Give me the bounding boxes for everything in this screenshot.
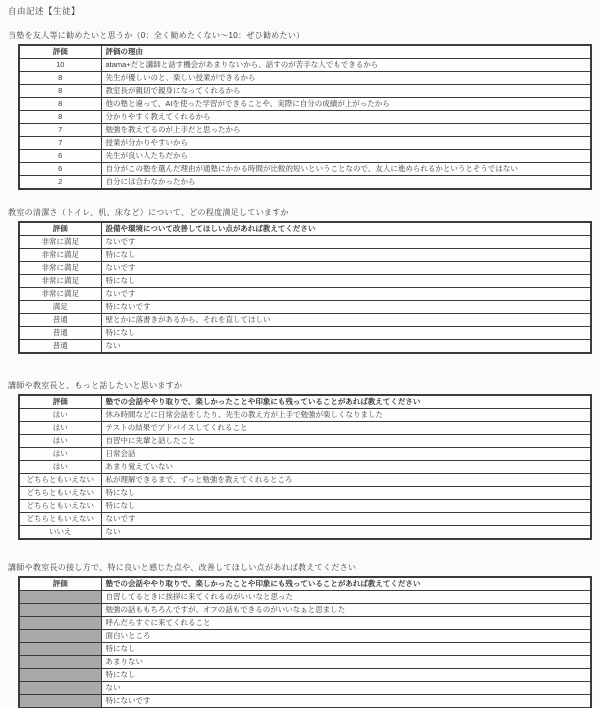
rating-cell: 8 <box>19 72 101 85</box>
comment-cell: 特になし <box>101 487 591 500</box>
table-row: 6自分がこの塾を選んだ理由が通塾にかかる時間が比較的短いということなので、友人に… <box>19 163 591 176</box>
section-caption: 講師や教室長と、もっと話したいと思いますか <box>8 380 592 391</box>
table-row: どちらともいえない特になし <box>19 487 591 500</box>
table-row: 非常に満足ないです <box>19 288 591 301</box>
comment-cell: 特にないです <box>101 301 591 314</box>
rating-cell <box>19 669 101 682</box>
comment-cell: 特になし <box>101 500 591 513</box>
comment-cell: 特になし <box>101 327 591 340</box>
rating-cell <box>19 591 101 604</box>
rating-cell <box>19 695 101 708</box>
comment-cell: ないです <box>101 288 591 301</box>
comment-cell: 勉強を教えてるのが上手だと思ったから <box>101 124 591 137</box>
document-page: 自由記述【生徒】 当塾を友人等に勧めたいと思うか（0：全く勧めたくない～10：ぜ… <box>0 0 600 708</box>
table-row: 特になし <box>19 669 591 682</box>
table-row: 8教室長が親切で親身になってくれるから <box>19 85 591 98</box>
rating-column-header: 評価 <box>19 45 101 59</box>
table-row: 6先生が良い人たちだから <box>19 150 591 163</box>
rating-cell: 非常に満足 <box>19 275 101 288</box>
comment-cell: 日常会話 <box>101 448 591 461</box>
comment-cell: ないです <box>101 236 591 249</box>
table-row: 8分かりやすく教えてくれるから <box>19 111 591 124</box>
table-row: 非常に満足ないです <box>19 236 591 249</box>
rating-cell: 7 <box>19 137 101 150</box>
rating-cell: 普通 <box>19 340 101 354</box>
comment-cell: あまり覚えていない <box>101 461 591 474</box>
comment-cell: 教室長が親切で親身になってくれるから <box>101 85 591 98</box>
table-row: 10atama+だと講師と話す機会があまりないから、話すのが苦手な人でもできるか… <box>19 59 591 72</box>
rating-cell: はい <box>19 461 101 474</box>
table-row: 呼んだらすぐに来てくれること <box>19 617 591 630</box>
table-row: 普通特になし <box>19 327 591 340</box>
comment-column-header: 塾での会話ややり取りで、楽しかったことや印象にも残っていることがあれば教えてくだ… <box>101 395 591 409</box>
table-header-row: 評価塾での会話ややり取りで、楽しかったことや印象にも残っていることがあれば教えて… <box>19 395 591 409</box>
comment-cell: 他の塾と違って、AIを使った学習ができることや、実際に自分の成績が上がったから <box>101 98 591 111</box>
table-row: 自習してるときに挨拶に来てくれるのがいいなと思った <box>19 591 591 604</box>
comment-cell: 特になし <box>101 275 591 288</box>
table-header-row: 評価設備や環境について改善してほしい点があれば教えてください <box>19 222 591 236</box>
table-row: どちらともいえない私が理解できるまで、ずっと勉強を教えてくれるところ <box>19 474 591 487</box>
table-row: 特にないです <box>19 695 591 708</box>
rating-column-header: 評価 <box>19 577 101 591</box>
table-row: はい日常会話 <box>19 448 591 461</box>
page-title: 自由記述【生徒】 <box>8 6 592 17</box>
table-row: いいえない <box>19 526 591 540</box>
comment-column-header: 設備や環境について改善してほしい点があれば教えてください <box>101 222 591 236</box>
comment-cell: 自習してるときに挨拶に来てくれるのがいいなと思った <box>101 591 591 604</box>
survey-section: 講師や教室長と、もっと話したいと思いますか評価塾での会話ややり取りで、楽しかった… <box>8 380 592 540</box>
rating-cell <box>19 617 101 630</box>
comment-cell: ない <box>101 340 591 354</box>
survey-section: 教室の清潔さ（トイレ、机、床など）について、どの程度満足していますか評価設備や環… <box>8 207 592 354</box>
rating-cell: はい <box>19 422 101 435</box>
rating-column-header: 評価 <box>19 395 101 409</box>
table-row: あまりない <box>19 656 591 669</box>
comment-cell: 特になし <box>101 643 591 656</box>
rating-cell: 10 <box>19 59 101 72</box>
rating-cell: 6 <box>19 163 101 176</box>
rating-cell <box>19 656 101 669</box>
comment-cell: 特になし <box>101 249 591 262</box>
rating-cell <box>19 604 101 617</box>
comment-cell: 私が理解できるまで、ずっと勉強を教えてくれるところ <box>101 474 591 487</box>
comment-cell: ないです <box>101 513 591 526</box>
section-caption: 当塾を友人等に勧めたいと思うか（0：全く勧めたくない～10：ぜひ勧めたい） <box>8 30 592 41</box>
table-row: はいあまり覚えていない <box>19 461 591 474</box>
comment-cell: ない <box>101 682 591 695</box>
rating-cell: 6 <box>19 150 101 163</box>
table-row: 普通壁とかに落書きがあるから、それを直してほしい <box>19 314 591 327</box>
table-row: 7授業が分かりやすいから <box>19 137 591 150</box>
comment-cell: 特にないです <box>101 695 591 708</box>
comment-column-header: 評価の理由 <box>101 45 591 59</box>
comment-cell: ない <box>101 526 591 540</box>
table-header-row: 評価塾での会話ややり取りで、楽しかったことや印象にも残っていることがあれば教えて… <box>19 577 591 591</box>
survey-section: 当塾を友人等に勧めたいと思うか（0：全く勧めたくない～10：ぜひ勧めたい）評価評… <box>8 30 592 190</box>
rating-cell: 普通 <box>19 327 101 340</box>
table-row: 勉強の話ももちろんですが、オフの話もできるのがいいなぁと思ました <box>19 604 591 617</box>
rating-cell <box>19 682 101 695</box>
table-row: はいテストの結果でアドバイスしてくれること <box>19 422 591 435</box>
comment-cell: atama+だと講師と話す機会があまりないから、話すのが苦手な人でもできるから <box>101 59 591 72</box>
table-row: 特になし <box>19 643 591 656</box>
comment-cell: 特になし <box>101 669 591 682</box>
rating-cell: どちらともいえない <box>19 513 101 526</box>
section-caption: 教室の清潔さ（トイレ、机、床など）について、どの程度満足していますか <box>8 207 592 218</box>
comment-cell: 勉強の話ももちろんですが、オフの話もできるのがいいなぁと思ました <box>101 604 591 617</box>
table-row: 非常に満足ないです <box>19 262 591 275</box>
rating-cell: 満足 <box>19 301 101 314</box>
rating-cell: はい <box>19 448 101 461</box>
survey-table: 評価設備や環境について改善してほしい点があれば教えてください非常に満足ないです非… <box>18 221 592 354</box>
table-row: 非常に満足特になし <box>19 275 591 288</box>
table-row: はい休み時間などに日常会話をしたり、先生の教え方が上手で勉強が楽しくなりました <box>19 409 591 422</box>
rating-cell: どちらともいえない <box>19 500 101 513</box>
rating-cell: 8 <box>19 85 101 98</box>
comment-cell: 休み時間などに日常会話をしたり、先生の教え方が上手で勉強が楽しくなりました <box>101 409 591 422</box>
rating-cell: 非常に満足 <box>19 249 101 262</box>
comment-cell: ないです <box>101 262 591 275</box>
rating-cell: 7 <box>19 124 101 137</box>
rating-cell: 非常に満足 <box>19 288 101 301</box>
comment-cell: 先生が良い人たちだから <box>101 150 591 163</box>
comment-cell: 自習中に先輩と話したこと <box>101 435 591 448</box>
rating-cell: はい <box>19 435 101 448</box>
comment-cell: テストの結果でアドバイスしてくれること <box>101 422 591 435</box>
table-row: どちらともいえない特になし <box>19 500 591 513</box>
rating-cell: 8 <box>19 98 101 111</box>
comment-cell: 自分には合わなかったから <box>101 176 591 190</box>
table-row: 8他の塾と違って、AIを使った学習ができることや、実際に自分の成績が上がったから <box>19 98 591 111</box>
rating-cell: 非常に満足 <box>19 262 101 275</box>
table-row: 普通ない <box>19 340 591 354</box>
survey-section: 講師や教室長の接し方で、特に良いと感じた点や、改善してほしい点があれば教えてくだ… <box>8 562 592 708</box>
table-row: 8先生が優しいのと、楽しい授業ができるから <box>19 72 591 85</box>
rating-cell <box>19 630 101 643</box>
rating-column-header: 評価 <box>19 222 101 236</box>
comment-column-header: 塾での会話ややり取りで、楽しかったことや印象にも残っていることがあれば教えてくだ… <box>101 577 591 591</box>
comment-cell: 壁とかに落書きがあるから、それを直してほしい <box>101 314 591 327</box>
rating-cell <box>19 643 101 656</box>
section-caption: 講師や教室長の接し方で、特に良いと感じた点や、改善してほしい点があれば教えてくだ… <box>8 562 592 573</box>
rating-cell: はい <box>19 409 101 422</box>
comment-cell: 呼んだらすぐに来てくれること <box>101 617 591 630</box>
comment-cell: 授業が分かりやすいから <box>101 137 591 150</box>
table-row: はい自習中に先輩と話したこと <box>19 435 591 448</box>
table-row: 7勉強を教えてるのが上手だと思ったから <box>19 124 591 137</box>
comment-cell: あまりない <box>101 656 591 669</box>
survey-table: 評価塾での会話ややり取りで、楽しかったことや印象にも残っていることがあれば教えて… <box>18 394 592 540</box>
rating-cell: 8 <box>19 111 101 124</box>
rating-cell: 普通 <box>19 314 101 327</box>
rating-cell: 非常に満足 <box>19 236 101 249</box>
rating-cell: いいえ <box>19 526 101 540</box>
rating-cell: どちらともいえない <box>19 487 101 500</box>
survey-table: 評価評価の理由10atama+だと講師と話す機会があまりないから、話すのが苦手な… <box>18 44 592 190</box>
table-row: どちらともいえないないです <box>19 513 591 526</box>
comment-cell: 自分がこの塾を選んだ理由が通塾にかかる時間が比較的短いということなので、友人に進… <box>101 163 591 176</box>
table-row: 面白いところ <box>19 630 591 643</box>
table-row: 非常に満足特になし <box>19 249 591 262</box>
comment-cell: 面白いところ <box>101 630 591 643</box>
table-row: 2自分には合わなかったから <box>19 176 591 190</box>
rating-cell: 2 <box>19 176 101 190</box>
table-row: 満足特にないです <box>19 301 591 314</box>
table-header-row: 評価評価の理由 <box>19 45 591 59</box>
rating-cell: どちらともいえない <box>19 474 101 487</box>
comment-cell: 分かりやすく教えてくれるから <box>101 111 591 124</box>
comment-cell: 先生が優しいのと、楽しい授業ができるから <box>101 72 591 85</box>
survey-sections: 当塾を友人等に勧めたいと思うか（0：全く勧めたくない～10：ぜひ勧めたい）評価評… <box>8 30 592 708</box>
survey-table: 評価塾での会話ややり取りで、楽しかったことや印象にも残っていることがあれば教えて… <box>18 576 592 708</box>
table-row: ない <box>19 682 591 695</box>
